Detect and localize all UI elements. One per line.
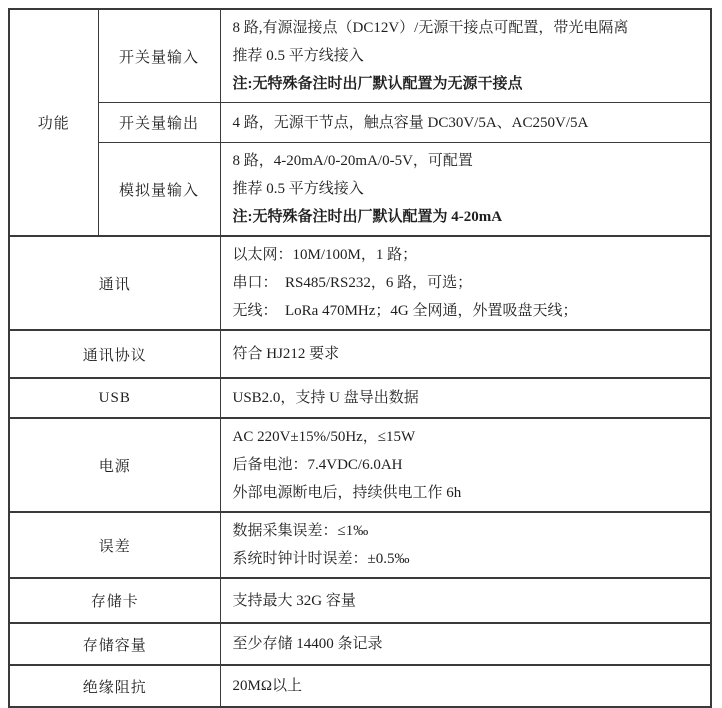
analog-input-note: 注:无特殊备注时出厂默认配置为 4-20mA — [233, 203, 701, 231]
row-storage-card: 存储卡 支持最大 32G 容量 — [9, 578, 711, 623]
row-usb: USB USB2.0，支持 U 盘导出数据 — [9, 378, 711, 418]
row-comm: 通讯 以太网：10M/100M，1 路； 串口： RS485/RS232，6 路… — [9, 236, 711, 330]
subrow-header-analog-input: 模拟量输入 — [98, 143, 220, 237]
row-storage-capacity: 存储容量 至少存储 14400 条记录 — [9, 623, 711, 665]
error-value-cell: 数据采集误差：≤1‰ 系统时钟计时误差：±0.5‰ — [220, 512, 711, 578]
comm-value-cell: 以太网：10M/100M，1 路； 串口： RS485/RS232，6 路，可选… — [220, 236, 711, 330]
row-analog-input: 模拟量输入 8 路，4-20mA/0-20mA/0-5V，可配置 推荐 0.5 … — [9, 143, 711, 237]
protocol-value-cell: 符合 HJ212 要求 — [220, 330, 711, 378]
power-line-battery: 后备电池：7.4VDC/6.0AH — [233, 451, 701, 479]
analog-input-value-cell: 8 路，4-20mA/0-20mA/0-5V，可配置 推荐 0.5 平方线接入 … — [220, 143, 711, 237]
storage-capacity-value-cell: 至少存储 14400 条记录 — [220, 623, 711, 665]
switch-input-line-1: 8 路,有源湿接点（DC12V）/无源干接点可配置，带光电隔离 — [233, 14, 701, 42]
row-header-storage-card: 存储卡 — [9, 578, 220, 623]
comm-line-serial: 串口： RS485/RS232，6 路，可选； — [233, 269, 701, 297]
subrow-header-switch-output: 开关量输出 — [98, 103, 220, 143]
row-power: 电源 AC 220V±15%/50Hz，≤15W 后备电池：7.4VDC/6.0… — [9, 418, 711, 512]
storage-card-value-cell: 支持最大 32G 容量 — [220, 578, 711, 623]
usb-value: USB2.0，支持 U 盘导出数据 — [233, 384, 701, 412]
insulation-value-cell: 20MΩ以上 — [220, 665, 711, 707]
analog-input-line-2: 推荐 0.5 平方线接入 — [233, 175, 701, 203]
switch-input-note: 注:无特殊备注时出厂默认配置为无源干接点 — [233, 70, 701, 98]
error-line-acquisition: 数据采集误差：≤1‰ — [233, 517, 701, 545]
spec-table: 功能 开关量输入 8 路,有源湿接点（DC12V）/无源干接点可配置，带光电隔离… — [8, 8, 712, 708]
switch-output-line-1: 4 路，无源干节点，触点容量 DC30V/5A、AC250V/5A — [233, 109, 701, 137]
comm-line-ethernet: 以太网：10M/100M，1 路； — [233, 241, 701, 269]
row-header-storage-capacity: 存储容量 — [9, 623, 220, 665]
comm-line-wireless: 无线： LoRa 470MHz；4G 全网通，外置吸盘天线； — [233, 297, 701, 325]
row-header-power: 电源 — [9, 418, 220, 512]
error-line-clock: 系统时钟计时误差：±0.5‰ — [233, 545, 701, 573]
storage-capacity-value: 至少存储 14400 条记录 — [233, 630, 701, 658]
row-header-insulation: 绝缘阻抗 — [9, 665, 220, 707]
switch-output-value-cell: 4 路，无源干节点，触点容量 DC30V/5A、AC250V/5A — [220, 103, 711, 143]
row-header-comm: 通讯 — [9, 236, 220, 330]
row-protocol: 通讯协议 符合 HJ212 要求 — [9, 330, 711, 378]
usb-value-cell: USB2.0，支持 U 盘导出数据 — [220, 378, 711, 418]
analog-input-line-1: 8 路，4-20mA/0-20mA/0-5V，可配置 — [233, 147, 701, 175]
subrow-header-switch-input: 开关量输入 — [98, 9, 220, 103]
row-error: 误差 数据采集误差：≤1‰ 系统时钟计时误差：±0.5‰ — [9, 512, 711, 578]
insulation-value: 20MΩ以上 — [233, 672, 701, 700]
switch-input-value-cell: 8 路,有源湿接点（DC12V）/无源干接点可配置，带光电隔离 推荐 0.5 平… — [220, 9, 711, 103]
row-switch-output: 开关量输出 4 路，无源干节点，触点容量 DC30V/5A、AC250V/5A — [9, 103, 711, 143]
row-switch-input: 功能 开关量输入 8 路,有源湿接点（DC12V）/无源干接点可配置，带光电隔离… — [9, 9, 711, 103]
switch-input-line-2: 推荐 0.5 平方线接入 — [233, 42, 701, 70]
row-header-function: 功能 — [9, 9, 98, 236]
row-header-usb: USB — [9, 378, 220, 418]
power-line-backup: 外部电源断电后，持续供电工作 6h — [233, 479, 701, 507]
row-insulation: 绝缘阻抗 20MΩ以上 — [9, 665, 711, 707]
row-header-error: 误差 — [9, 512, 220, 578]
row-header-protocol: 通讯协议 — [9, 330, 220, 378]
storage-card-value: 支持最大 32G 容量 — [233, 587, 701, 615]
protocol-value: 符合 HJ212 要求 — [233, 340, 701, 368]
power-line-ac: AC 220V±15%/50Hz，≤15W — [233, 423, 701, 451]
power-value-cell: AC 220V±15%/50Hz，≤15W 后备电池：7.4VDC/6.0AH … — [220, 418, 711, 512]
